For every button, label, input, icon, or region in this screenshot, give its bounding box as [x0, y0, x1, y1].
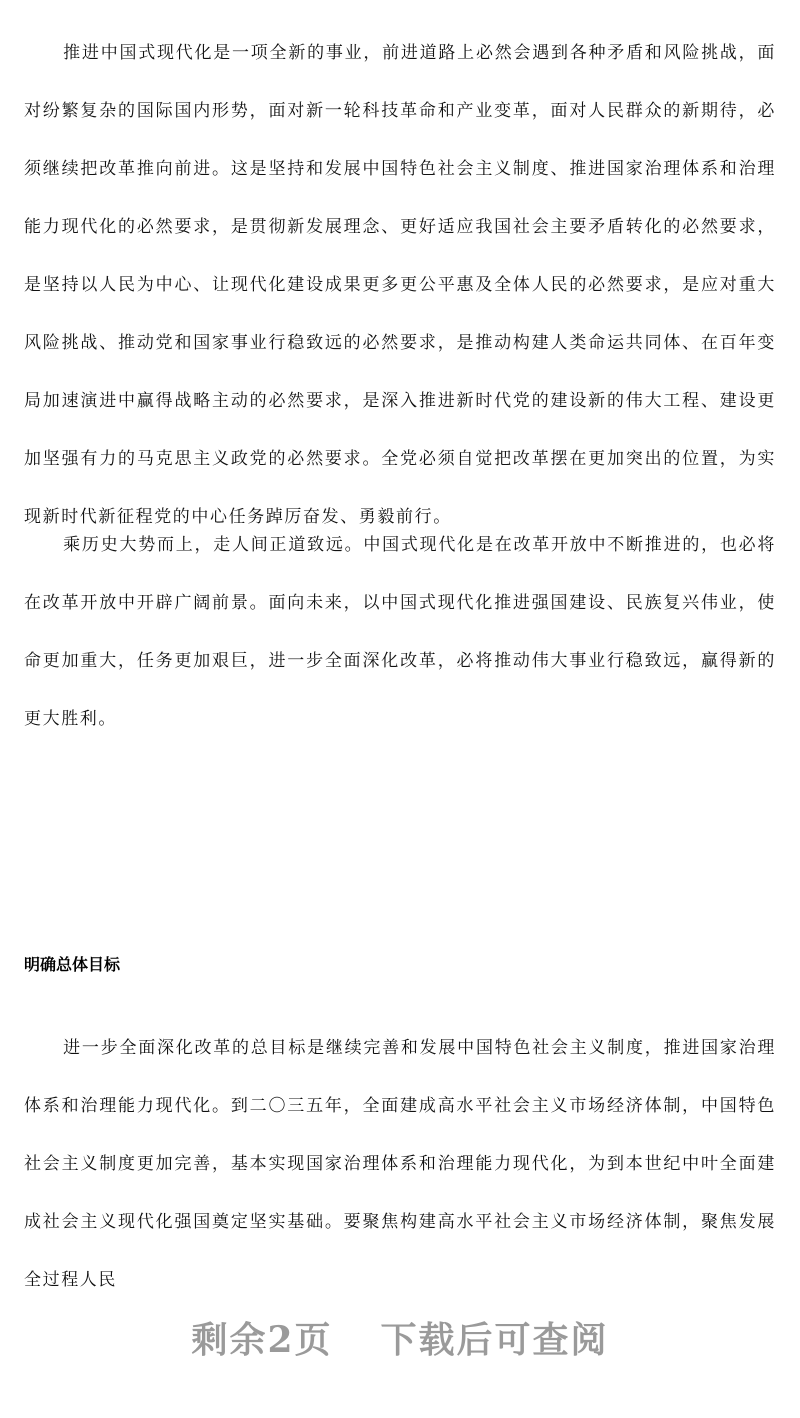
paragraph-text: 乘历史大势而上，走人间正道致远。中国式现代化是在改革开放中不断推进的，也必将在改…	[24, 535, 776, 729]
paragraph-text: 推进中国式现代化是一项全新的事业，前进道路上必然会遇到各种矛盾和风险挑战，面对纷…	[24, 43, 776, 527]
paragraph-reform-necessity: 推进中国式现代化是一项全新的事业，前进道路上必然会遇到各种矛盾和风险挑战，面对纷…	[24, 24, 776, 546]
remaining-pages-label: 剩余2页	[191, 1319, 332, 1361]
paragraph-text: 进一步全面深化改革的总目标是继续完善和发展中国特色社会主义制度，推进国家治理体系…	[24, 1038, 776, 1290]
download-prompt-banner[interactable]: 剩余2页下载后可查阅	[0, 1312, 800, 1363]
paragraph-historic-trend: 乘历史大势而上，走人间正道致远。中国式现代化是在改革开放中不断推进的，也必将在改…	[24, 516, 776, 748]
paragraph-overall-goal: 进一步全面深化改革的总目标是继续完善和发展中国特色社会主义制度，推进国家治理体系…	[24, 1019, 776, 1309]
download-hint-label[interactable]: 下载后可查阅	[381, 1319, 609, 1361]
section-heading: 明确总体目标	[24, 952, 120, 975]
